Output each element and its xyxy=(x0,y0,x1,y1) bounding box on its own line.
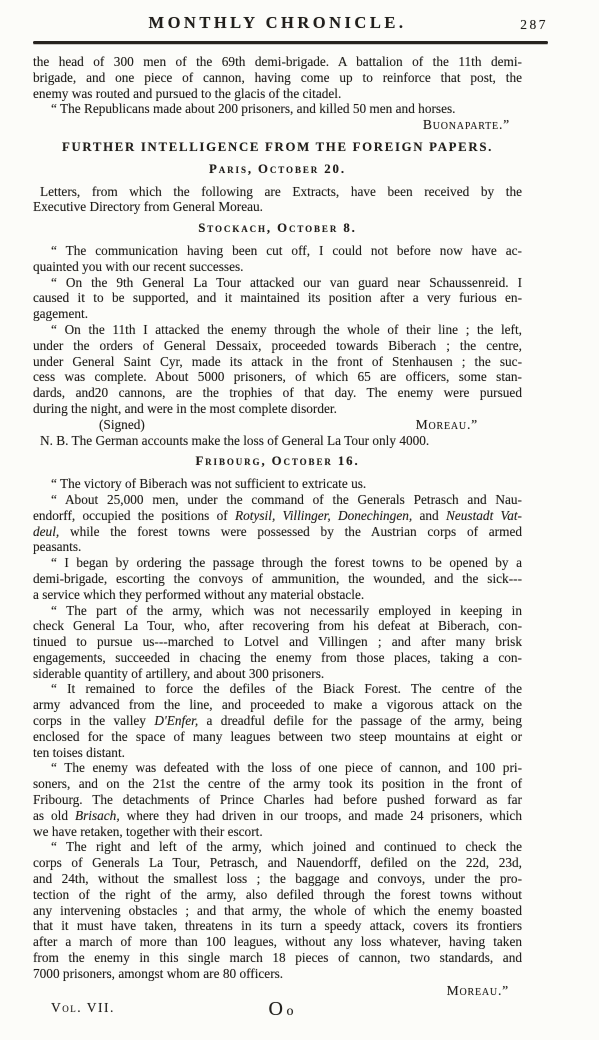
text-line: enclosed for the space of many leagues b… xyxy=(33,729,522,745)
dateline-heading: Stockach, October 8. xyxy=(33,221,522,237)
text-line: the head of 300 men of the 69th demi-bri… xyxy=(33,54,522,70)
text-line: during the night, and were in the most c… xyxy=(33,401,522,417)
text-line: check General La Tour, who, after recove… xyxy=(33,618,522,634)
paragraph: the head of 300 men of the 69th demi-bri… xyxy=(33,54,522,101)
text-line: “ The enemy was defeated with the loss o… xyxy=(33,760,522,776)
text-line: and 24th, without the smallest loss ; th… xyxy=(33,871,522,887)
scanned-document-page: MONTHLY CHRONICLE. 287 the head of 300 m… xyxy=(0,0,599,1040)
signature: Buonaparte.” xyxy=(33,117,510,133)
text-line: tinued to pursue us---marched to Lotvel … xyxy=(33,634,522,650)
text-line: soners, and on the 21st the centre of th… xyxy=(33,776,522,792)
text-line: enemy was routed and pursued to the glac… xyxy=(33,86,522,102)
page-number: 287 xyxy=(500,17,548,33)
paragraph: “ On the 11th I attacked the enemy throu… xyxy=(33,322,522,417)
paragraph: “ I began by ordering the passage throug… xyxy=(33,555,522,602)
text-line: Executive Directory from General Moreau. xyxy=(33,199,522,215)
text-line: that it must have taken, threatens in it… xyxy=(33,918,522,934)
text-line: siderable quantity of artillery, and abo… xyxy=(33,666,522,682)
text-line: corps of Generals La Tour, Petrasch, and… xyxy=(33,855,522,871)
paragraph: “ The communication having been cut off,… xyxy=(33,243,522,275)
dateline-heading: Fribourg, October 16. xyxy=(33,454,522,470)
text-line: N. B. The German accounts make the loss … xyxy=(33,433,522,449)
text-line: gagement. xyxy=(33,306,522,322)
text-line: Letters, from which the following are Ex… xyxy=(33,184,522,200)
text-line: “ The victory of Biberach was not suffic… xyxy=(33,476,522,492)
text-line: demi-brigade, escorting the convoys of a… xyxy=(33,571,522,587)
paragraph: “ The enemy was defeated with the loss o… xyxy=(33,760,522,839)
text-line: under the orders of General Dessaix, pro… xyxy=(33,338,522,354)
paragraph: “ It remained to force the defiles of th… xyxy=(33,681,522,760)
text-line: “ About 25,000 men, under the command of… xyxy=(33,492,522,508)
text-line: “ The communication having been cut off,… xyxy=(33,243,522,259)
paragraph: “ The part of the army, which was not ne… xyxy=(33,603,522,682)
text-line: after a march of more than 100 leagues, … xyxy=(33,934,522,950)
text-line: peasants. xyxy=(33,539,522,555)
header-rule xyxy=(33,41,548,44)
paragraph: “ The victory of Biberach was not suffic… xyxy=(33,476,522,492)
paragraph: N. B. The German accounts make the loss … xyxy=(33,433,522,449)
signed-line: (Signed)Moreau.” xyxy=(33,417,522,433)
text-line: as old Brisach, where they had driven in… xyxy=(33,808,522,824)
text-line: “ The Republicans made about 200 prisone… xyxy=(33,101,522,117)
text-line: Fribourg. The detachments of Prince Char… xyxy=(33,792,522,808)
text-line: brigade, and one piece of cannon, having… xyxy=(33,70,522,86)
text-line: tection of the right of the army, also d… xyxy=(33,887,522,903)
text-line: “ On the 11th I attacked the enemy throu… xyxy=(33,322,522,338)
paragraph: Letters, from which the following are Ex… xyxy=(33,184,522,216)
text-line: “ The part of the army, which was not ne… xyxy=(33,603,522,619)
text-line: quainted you with our recent successes. xyxy=(33,259,522,275)
signature: Moreau.” xyxy=(416,417,478,433)
text-line: army advanced from the line, and proceed… xyxy=(33,697,522,713)
paragraph: “ The right and left of the army, which … xyxy=(33,839,522,981)
text-line: “ It remained to force the defiles of th… xyxy=(33,681,522,697)
printers-signature-mark: O o xyxy=(221,998,341,1021)
signed-label: (Signed) xyxy=(99,417,145,433)
text-line: “ On the 9th General La Tour attacked ou… xyxy=(33,275,522,291)
journal-title: MONTHLY CHRONICLE. xyxy=(33,13,522,33)
text-line: corps in the valley D'Enfer, a dreadful … xyxy=(33,713,522,729)
text-line: we have retaken, together with their esc… xyxy=(33,824,522,840)
text-line: a service which they performed without a… xyxy=(33,587,522,603)
text-line: dards, and20 cannons, are the trophies o… xyxy=(33,385,522,401)
page-footer: Vol. VII. O o xyxy=(33,998,522,1024)
signature: Moreau.” xyxy=(33,983,509,999)
text-line: from the enemy in this single march 18 p… xyxy=(33,950,522,966)
text-line: “ The right and left of the army, which … xyxy=(33,839,522,855)
text-line: engagements, succeeded in chacing the en… xyxy=(33,650,522,666)
text-line: deul, while the forest towns were posses… xyxy=(33,524,522,540)
paragraph: “ The Republicans made about 200 prisone… xyxy=(33,101,522,117)
text-line: cess was complete. About 5000 prisoners,… xyxy=(33,369,522,385)
dateline-heading: Paris, October 20. xyxy=(33,162,522,178)
paragraph: “ About 25,000 men, under the command of… xyxy=(33,492,522,555)
text-line: any intervening obstacles ; and that arm… xyxy=(33,903,522,919)
article-body: the head of 300 men of the 69th demi-bri… xyxy=(33,54,522,998)
text-line: endorff, occupied the positions of Rotys… xyxy=(33,508,522,524)
volume-label: Vol. VII. xyxy=(51,1000,115,1016)
text-line: “ I began by ordering the passage throug… xyxy=(33,555,522,571)
section-heading: FURTHER INTELLIGENCE FROM THE FOREIGN PA… xyxy=(33,140,522,156)
text-line: 7000 prisoners, amongst whom are 80 offi… xyxy=(33,966,522,982)
text-line: under General Saint Cyr, made its attack… xyxy=(33,354,522,370)
text-line: caused it to be supported, and it mainta… xyxy=(33,290,522,306)
paragraph: “ On the 9th General La Tour attacked ou… xyxy=(33,275,522,322)
text-line: ten toises distant. xyxy=(33,745,522,761)
